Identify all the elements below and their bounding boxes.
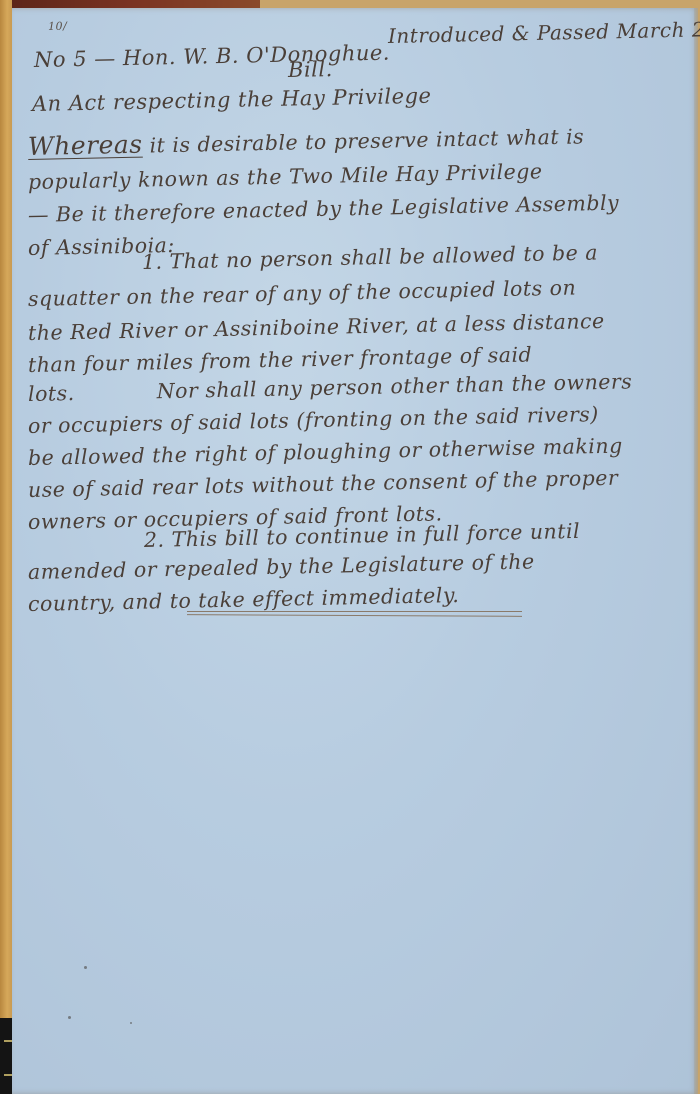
manuscript-page: 10/ No 5 — Hon. W. B. O'Donoghue. Introd… xyxy=(12,8,698,1094)
ink-speck xyxy=(68,1016,71,1019)
whereas-word: Whereas xyxy=(28,130,143,161)
section-text: That no person shall be allowed to be a xyxy=(169,240,598,273)
rule-line xyxy=(187,614,522,617)
section-1-line-2: squatter on the rear of any of the occup… xyxy=(28,276,577,311)
section-1-line-4: than four miles from the river frontage … xyxy=(28,342,533,377)
page-edge xyxy=(694,8,698,1094)
bill-number-sponsor: No 5 — Hon. W. B. O'Donoghue. xyxy=(34,41,390,72)
ink-speck xyxy=(130,1022,132,1024)
section-1-line-1: 1. That no person shall be allowed to be… xyxy=(142,240,598,274)
section-2-line-2: amended or repealed by the Legislature o… xyxy=(28,549,535,584)
folio-number: 10/ xyxy=(48,20,67,33)
section-text: lots. xyxy=(28,381,75,406)
bill-heading: Bill. xyxy=(288,57,333,82)
preamble-line-2: popularly known as the Two Mile Hay Priv… xyxy=(28,159,543,194)
act-title: An Act respecting the Hay Privilege xyxy=(32,84,432,116)
preamble-line-3: — Be it therefore enacted by the Legisla… xyxy=(28,191,620,227)
section-1-line-3: the Red River or Assiniboine River, at a… xyxy=(28,309,605,345)
rule-line xyxy=(187,611,522,612)
bill-status: Introduced & Passed March 25. xyxy=(388,17,700,48)
section-1-line-6: or occupiers of said lots (fronting on t… xyxy=(28,402,599,438)
closing-double-rule xyxy=(187,611,522,617)
ink-speck xyxy=(84,966,87,969)
section-text: Nor shall any person other than the owne… xyxy=(156,369,632,403)
book-binding-spine xyxy=(0,0,12,1094)
section-1-line-7: be allowed the right of ploughing or oth… xyxy=(28,434,623,470)
section-number: 1. xyxy=(142,250,163,274)
section-1-line-8: use of said rear lots without the consen… xyxy=(28,466,619,502)
document-scan: 10/ No 5 — Hon. W. B. O'Donoghue. Introd… xyxy=(0,0,700,1094)
preamble-line-1: Whereas it is desirable to preserve inta… xyxy=(28,120,585,161)
section-number: 2. xyxy=(144,528,165,552)
preamble-text: it is desirable to preserve intact what … xyxy=(142,124,584,157)
